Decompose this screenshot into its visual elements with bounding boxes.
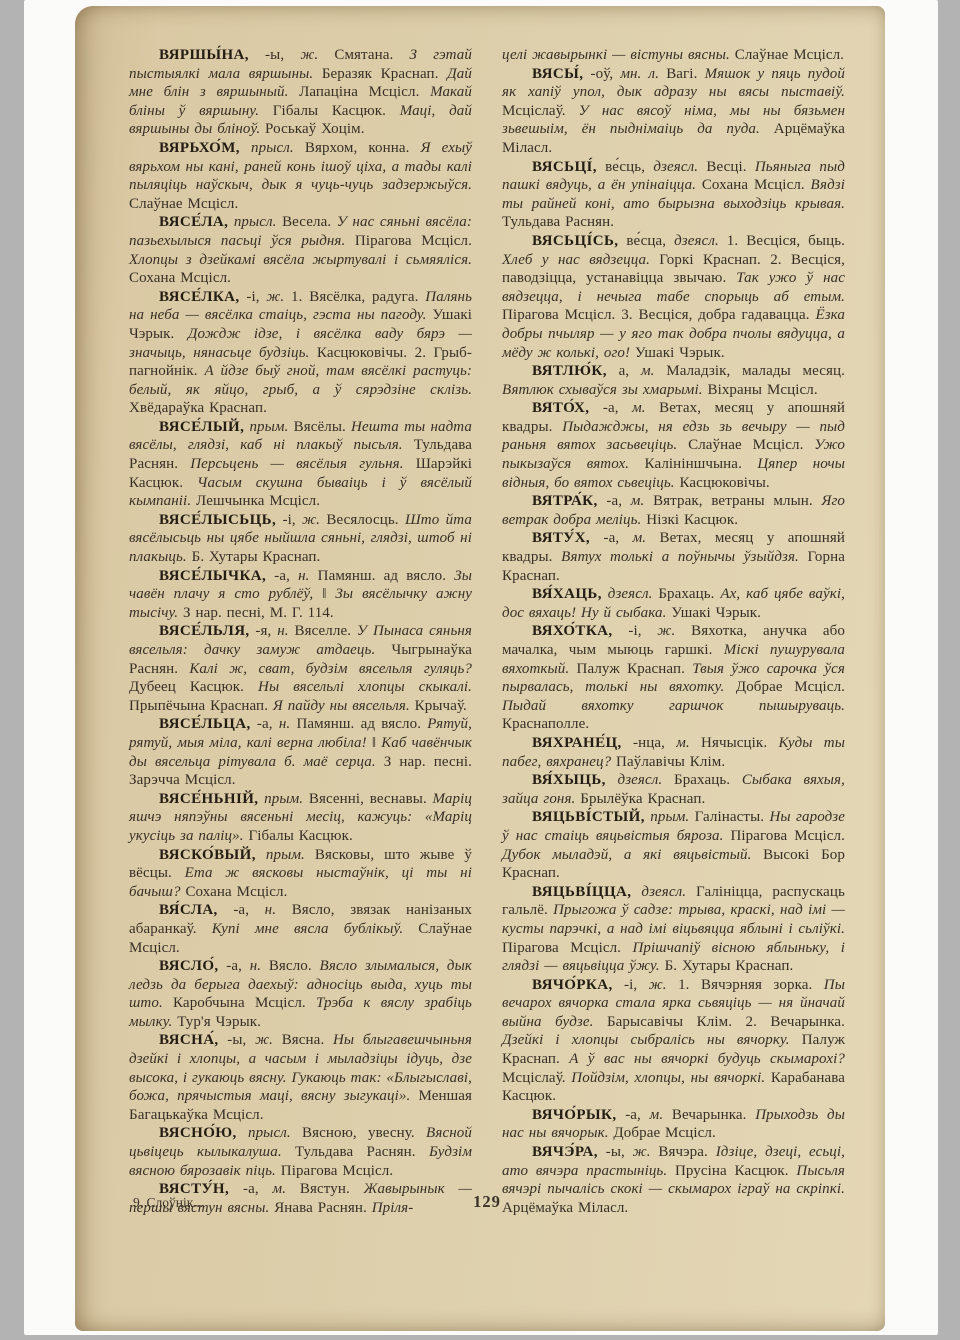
headword-text: ВЯСНА́,: [159, 1032, 219, 1048]
body-text: Сохана Мсцісл.: [696, 177, 811, 193]
dictionary-column-right: целі жавырынкі — вістуны вясны. Слаўнае …: [502, 46, 845, 1217]
body-text: -я,: [250, 623, 278, 639]
dictionary-entry: ВЯЦЬВІ́ЦЦА, дзеясл. Галініцца, распускац…: [502, 883, 845, 976]
dictionary-entry: ВЯТО́Х, -а, м. Ветах, месяц у апошняй кв…: [502, 399, 845, 492]
example-text: Пыдай вяхотку гаршчок пышыруваць.: [502, 698, 845, 714]
body-text: Б. Хутары Краснап.: [660, 958, 794, 974]
body-text: Вятрак, ветраны млын.: [644, 493, 821, 509]
dictionary-entry: ВЯСЕ́ЛЫЙ, прым. Вясёлы. Нешта ты надта в…: [129, 418, 472, 511]
example-text: ж.: [649, 977, 667, 993]
body-text: ве́сца,: [618, 233, 674, 249]
body-text: Добрае Мсцісл.: [724, 679, 845, 695]
body-text: Брылёўка Краснап.: [575, 791, 705, 807]
body-text: Крычаў.: [410, 698, 467, 714]
example-text: н.: [250, 958, 261, 974]
body-text: ве́сць,: [597, 159, 653, 175]
body-text: Мсціслаў.: [502, 1070, 571, 1086]
body-text: Вясна.: [273, 1032, 333, 1048]
body-text: -і,: [240, 289, 267, 305]
body-text: Каробчына Мсцісл.: [163, 995, 316, 1011]
body-text: Смятана.: [318, 47, 409, 63]
body-text: Гібалы Касцюк.: [259, 103, 400, 119]
dictionary-entry: ВЯТУ́Х, -а, м. Ветах, месяц у апошняй кв…: [502, 529, 845, 585]
dictionary-entry: ВЯСКО́ВЫЙ, прым. Вясковы, што жыве ў вёс…: [129, 846, 472, 902]
example-text: м.: [676, 735, 690, 751]
body-text: Нячысцік.: [690, 735, 779, 751]
example-text: мн. л.: [620, 66, 659, 82]
example-text: прысл.: [248, 1125, 291, 1141]
example-text: ж.: [255, 1032, 273, 1048]
body-text: Барысавічы Клім. 2. Вечарынка.: [594, 1014, 846, 1030]
example-text: Купі мне вясла бублікыў.: [212, 921, 403, 937]
body-text: -а,: [598, 493, 631, 509]
body-text: Вясло.: [261, 958, 319, 974]
body-text: Сохана Мсцісл.: [129, 270, 231, 286]
dictionary-entry: ВЯ́ХЫЦЬ, дзеясл. Брахаць. Сыбака вяхыя, …: [502, 771, 845, 808]
example-text: Пойдзім, хлопцы, ны вячоркі.: [571, 1070, 765, 1086]
body-text: Пірагова Мсцісл.: [276, 1163, 393, 1179]
example-text: прым.: [249, 419, 288, 435]
dictionary-entry: ВЯСЕ́ЛА, прысл. Весела. У нас сяньні вяс…: [129, 213, 472, 287]
body-text: Роськаў Хоцім.: [260, 121, 364, 137]
body-text: -а,: [219, 958, 250, 974]
example-text: А ў вас ны вячоркі будуць скымарохі?: [569, 1051, 845, 1067]
dictionary-entry: ВЯТЛЮ́К, а, м. Маладзік, малады месяц. В…: [502, 362, 845, 399]
body-text: 1. Вясёлка, радуга.: [284, 289, 425, 305]
example-text: Ны вясельлі хлопцы скыкалі.: [258, 679, 472, 695]
headword-text: ВЯСЬЦІ́СЬ,: [532, 233, 618, 249]
dictionary-column-left: ВЯРШЫ́НА, -ы, ж. Смятана. З гэтай пыстыя…: [129, 46, 472, 1217]
body-text: Паўлавічы Клім.: [611, 754, 725, 770]
example-text: дзеясл.: [674, 233, 719, 249]
body-text: -оў,: [583, 66, 620, 82]
headword-text: ВЯСЬЦІ́,: [532, 159, 597, 175]
example-text: прысл.: [234, 214, 277, 230]
example-text: ж.: [266, 289, 284, 305]
body-text: Тульдава Раснян.: [502, 214, 614, 230]
body-text: Весела.: [277, 214, 337, 230]
dictionary-entry: ВЯ́ХАЦЬ, дзеясл. Брахаць. Ах, каб цябе в…: [502, 585, 845, 622]
dictionary-entry: ВЯЧО́РКА, -і, ж. 1. Вячэрняя зорка. Пы в…: [502, 976, 845, 1106]
dictionary-entry: ВЯ́СЛА, -а, н. Вясло, звязак нанізаных а…: [129, 901, 472, 957]
dictionary-entry: ВЯСЬЦІ́СЬ, ве́сца, дзеясл. 1. Весціся, б…: [502, 232, 845, 362]
body-text: Палуж Краснап.: [569, 661, 692, 677]
dictionary-entry: ВЯСЬЦІ́, ве́сць, дзеясл. Весці. Пьяныга …: [502, 158, 845, 232]
example-text: Хлеб у нас вядзецца.: [502, 252, 650, 268]
example-text: прысл.: [251, 140, 294, 156]
footer-note: 9. Слоўнік...: [133, 1195, 203, 1211]
body-text: Тур'я Чэрык.: [172, 1014, 261, 1030]
body-text: Лапаціна Мсцісл.: [288, 84, 430, 100]
dictionary-entry: ВЯРШЫ́НА, -ы, ж. Смятана. З гэтай пыстыя…: [129, 46, 472, 139]
body-text: 1. Вячэрняя зорка.: [667, 977, 824, 993]
body-text: [240, 140, 251, 156]
example-text: прым.: [266, 847, 305, 863]
body-text: Вяселле.: [289, 623, 357, 639]
page-number: 129: [129, 1192, 845, 1212]
body-text: Маладзік, малады месяц.: [655, 363, 845, 379]
body-text: а,: [607, 363, 641, 379]
headword-text: ВЯСЕ́НЬНІЙ,: [159, 791, 258, 807]
dictionary-entry: ВЯСЕ́НЬНІЙ, прым. Вясенні, веснавы. Марі…: [129, 790, 472, 846]
example-text: м.: [632, 400, 646, 416]
body-text: -а,: [218, 902, 265, 918]
body-text: Дубеец Касцюк.: [129, 679, 258, 695]
dictionary-entry: ВЯСЕ́ЛКА, -і, ж. 1. Вясёлка, радуга. Пал…: [129, 288, 472, 418]
body-text: Віхраны Мсцісл.: [703, 382, 818, 398]
example-text: Хлопцы з дзейкамі вясёла жыртувалі і сьм…: [129, 252, 472, 268]
dictionary-entry: ВЯСЫ́, -оў, мн. л. Вагі. Мяшок у пяць пу…: [502, 65, 845, 158]
body-text: Памянш. ад вясло.: [310, 568, 455, 584]
dictionary-entry: ВЯСЕ́ЛЬЦА, -а, н. Памянш. ад вясло. Ряту…: [129, 715, 472, 789]
body-text: -а,: [266, 568, 298, 584]
body-text: Прусіна Касцюк.: [667, 1163, 796, 1179]
headword-text: ВЯ́ХАЦЬ,: [532, 586, 602, 602]
headword-text: ВЯСКО́ВЫЙ,: [159, 847, 256, 863]
body-text: Галінасты.: [689, 809, 769, 825]
dictionary-entry: ВЯСЕ́ЛЫЧКА, -а, н. Памянш. ад вясло. Зы …: [129, 567, 472, 623]
body-text: -і,: [276, 512, 302, 528]
body-text: Мсціслаў.: [502, 103, 579, 119]
dictionary-entry: ВЯРЬХО́М, прысл. Вярхом, конна. Я ехыў в…: [129, 139, 472, 213]
body-text: Слаўнае Мсцісл.: [677, 437, 814, 453]
body-text: Калініншчына.: [629, 456, 757, 472]
body-text: Ушакі Чэрык.: [630, 345, 725, 361]
headword-text: ВЯТЛЮ́К,: [532, 363, 607, 379]
headword-text: ВЯРЬХО́М,: [159, 140, 240, 156]
headword-text: ВЯСЕ́ЛЬЛЯ,: [159, 623, 250, 639]
headword-text: ВЯСЛО́,: [159, 958, 219, 974]
body-text: [606, 772, 618, 788]
headword-text: ВЯТУ́Х,: [532, 530, 590, 546]
headword-text: ВЯ́СЛА,: [159, 902, 218, 918]
body-text: Хвёдараўка Краснап.: [129, 400, 267, 416]
body-text: Краснаполле.: [502, 716, 589, 732]
headword-text: ВЯСЕ́ЛКА,: [159, 289, 240, 305]
body-text: -а,: [589, 400, 632, 416]
headword-text: ВЯСЕ́ЛА,: [159, 214, 228, 230]
dictionary-entry: ВЯЧО́РЫК, -а, м. Вечарынка. Прыходзь ды …: [502, 1106, 845, 1143]
dictionary-entry: ВЯЦЬВІ́СТЫЙ, прым. Галінасты. Ны гародзе…: [502, 808, 845, 882]
body-text: Весці.: [698, 159, 755, 175]
body-text: [631, 884, 641, 900]
example-text: м.: [641, 363, 655, 379]
headword-text: ВЯСНО́Ю,: [159, 1125, 237, 1141]
body-text: Слаўнае Мсцісл.: [129, 196, 238, 212]
body-text: Касцюковічы.: [675, 475, 770, 491]
example-text: дзеясл.: [641, 884, 686, 900]
example-text: н.: [298, 568, 309, 584]
headword-text: ВЯХРАНЕ́Ц,: [532, 735, 622, 751]
body-text: Гібалы Касцюк.: [244, 828, 353, 844]
body-text: -і,: [613, 977, 649, 993]
body-text: Беразяк Краснап.: [313, 66, 447, 82]
body-text: -нца,: [622, 735, 677, 751]
example-text: ж.: [657, 623, 675, 639]
body-text: -а,: [590, 530, 633, 546]
scan-backdrop: { "colors": { "backdrop": "#b3b3b3", "ma…: [0, 0, 960, 1340]
example-text: Вятлюк схываўся зы хмарымі.: [502, 382, 703, 398]
example-text: н.: [265, 902, 276, 918]
scanned-page: ВЯРШЫ́НА, -ы, ж. Смятана. З гэтай пыстыя…: [75, 6, 885, 1331]
dictionary-entry: ВЯХО́ТКА, -і, ж. Вяхотка, анучка або мач…: [502, 622, 845, 734]
headword-text: ВЯЧО́РКА,: [532, 977, 613, 993]
body-text: Брахаць.: [662, 772, 742, 788]
example-text: Персьцень — вясёлыя гульня.: [190, 456, 403, 472]
body-text: Ушакі Чэрык.: [666, 605, 761, 621]
body-text: -ы,: [598, 1144, 633, 1160]
headword-text: ВЯХО́ТКА,: [532, 623, 613, 639]
body-text: -ы,: [249, 47, 300, 63]
example-text: целі жавырынкі — вістуны вясны.: [502, 47, 730, 63]
headword-text: ВЯСЫ́,: [532, 66, 583, 82]
headword-text: ВЯРШЫ́НА,: [159, 47, 249, 63]
body-text: Б. Хутары Краснап.: [187, 549, 321, 565]
example-text: прым.: [650, 809, 689, 825]
dictionary-entry: целі жавырынкі — вістуны вясны. Слаўнае …: [502, 46, 845, 65]
headword-text: ВЯСЕ́ЛЫСЬЦЬ,: [159, 512, 276, 528]
body-text: Пірагова Мсцісл.: [502, 940, 633, 956]
body-text: [256, 847, 266, 863]
example-text: Дубок мыладэй, а які вяцьвістый.: [502, 847, 752, 863]
dictionary-entry: ВЯТРА́К, -а, м. Вятрак, ветраны млын. Яг…: [502, 492, 845, 529]
body-text: Лешчынка Мсцісл.: [191, 493, 320, 509]
headword-text: ВЯЦЬВІ́ЦЦА,: [532, 884, 631, 900]
page-footer: 9. Слоўнік... 129: [129, 1192, 845, 1218]
body-text: [237, 1125, 248, 1141]
example-text: ж.: [302, 512, 320, 528]
example-text: Калі ж, сват, будзім вясельля гуляць?: [189, 661, 472, 677]
dictionary-entry: ВЯХРАНЕ́Ц, -нца, м. Нячысцік. Куды ты па…: [502, 734, 845, 771]
example-text: м.: [631, 493, 645, 509]
body-text: Весялосць.: [320, 512, 405, 528]
body-text: Пірагова Мсцісл.: [345, 233, 472, 249]
body-text: Вагі.: [659, 66, 705, 82]
example-text: дзеясл.: [618, 772, 663, 788]
body-text: Памянш. ад вясло.: [290, 716, 427, 732]
headword-text: ВЯТО́Х,: [532, 400, 589, 416]
body-text: -а,: [616, 1107, 649, 1123]
body-text: Вясёлы.: [288, 419, 351, 435]
dictionary-entry: ВЯСЛО́, -а, н. Вясло. Вясло злымалыся, д…: [129, 957, 472, 1031]
body-text: Вясною, увесну.: [291, 1125, 426, 1141]
example-text: н.: [277, 623, 288, 639]
example-text: дзеясл.: [653, 159, 698, 175]
example-text: ж.: [633, 1144, 651, 1160]
dictionary-text-block: ВЯРШЫ́НА, -ы, ж. Смятана. З гэтай пыстыя…: [129, 46, 845, 1217]
example-text: дзеясл.: [608, 586, 653, 602]
body-text: Вечарынка.: [663, 1107, 755, 1123]
example-text: прым.: [264, 791, 303, 807]
headword-text: ВЯСЕ́ЛЫЙ,: [159, 419, 244, 435]
body-text: -а,: [251, 716, 279, 732]
body-text: Сохана Мсцісл.: [181, 884, 288, 900]
example-text: Вятух толькі а поўнычы ўзыйдзя.: [561, 549, 799, 565]
body-text: Пірагова Мсцісл.: [723, 828, 845, 844]
example-text: Прыгожа ў садзе: трыва, краскі, над імі …: [502, 902, 845, 937]
dictionary-entry: ВЯСЕ́ЛЬЛЯ, -я, н. Вяселле. У Пынаса сянь…: [129, 622, 472, 715]
body-text: Добрае Мсцісл.: [609, 1125, 716, 1141]
dictionary-entry: ВЯСНА́, -ы, ж. Вясна. Ны блыгавешчыньня …: [129, 1031, 472, 1124]
body-text: З нар. песні, М. Г. 114.: [178, 605, 334, 621]
example-text: ж.: [300, 47, 318, 63]
body-text: Прыпёчына Краснап.: [129, 698, 273, 714]
body-text: Слаўнае Мсцісл.: [730, 47, 844, 63]
example-text: м.: [633, 530, 647, 546]
dictionary-entry: ВЯСЕ́ЛЫСЬЦЬ, -і, ж. Весялосць. Што йта в…: [129, 511, 472, 567]
dictionary-entry: ВЯСНО́Ю, прысл. Вясною, увесну. Вясной ц…: [129, 1124, 472, 1180]
body-text: Тульдава Раснян.: [282, 1144, 429, 1160]
body-text: Вячэра.: [651, 1144, 716, 1160]
headword-text: ВЯ́ХЫЦЬ,: [532, 772, 606, 788]
example-text: н.: [279, 716, 290, 732]
body-text: Вярхом, конна.: [294, 140, 421, 156]
body-text: Вясенні, веснавы.: [303, 791, 432, 807]
example-text: Я пайду ны вясельля.: [273, 698, 410, 714]
body-text: Пірагова Мсцісл. 3. Весціся, добра гадав…: [502, 307, 815, 323]
headword-text: ВЯСЕ́ЛЬЦА,: [159, 716, 251, 732]
headword-text: ВЯЦЬВІ́СТЫЙ,: [532, 809, 645, 825]
example-text: м.: [650, 1107, 664, 1123]
example-text: Дзейкі і хлопцы сыбралісь ны вячорку.: [502, 1032, 790, 1048]
body-text: Брахаць.: [652, 586, 720, 602]
headword-text: ВЯЧЭ́РА,: [532, 1144, 598, 1160]
body-text: 1. Весціся, быць.: [719, 233, 845, 249]
body-text: -і,: [613, 623, 658, 639]
headword-text: ВЯТРА́К,: [532, 493, 598, 509]
headword-text: ВЯСЕ́ЛЫЧКА,: [159, 568, 266, 584]
body-text: Нізкі Касцюк.: [641, 512, 738, 528]
body-text: -ы,: [219, 1032, 256, 1048]
headword-text: ВЯЧО́РЫК,: [532, 1107, 616, 1123]
